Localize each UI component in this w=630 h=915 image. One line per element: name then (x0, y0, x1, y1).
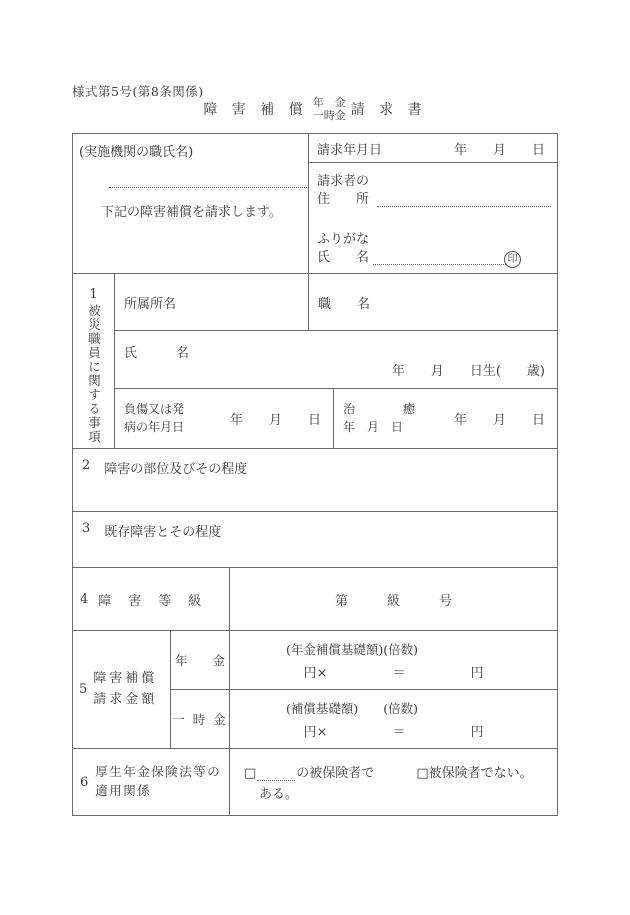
name-fill-line (373, 251, 506, 265)
section3-label: 既存障害とその程度 (104, 521, 221, 567)
address-fill-line (377, 193, 551, 207)
section4-grade-value-cell: 第 級 号 (230, 568, 557, 631)
title-stack-bottom: 一時金 (313, 109, 346, 122)
section6-number: 6 (80, 775, 88, 790)
healing-date-label: 治 癒 年 月 日 (343, 401, 415, 436)
pension-label: 年 金 (175, 651, 225, 669)
agency-cell: (実施機関の職氏名) 下記の障害補償を請求します。 (73, 134, 309, 274)
section2-disability-part-cell: 2 障害の部位及びその程度 (73, 449, 557, 512)
insured-option-text: の被保険者で (296, 762, 374, 781)
section2-label: 障害の部位及びその程度 (104, 458, 247, 511)
injury-date-fields: 年 月 日 (230, 409, 321, 428)
pension-base-label: (年金補償基礎額)(倍数) (230, 640, 557, 658)
lumpsum-formula: 円× ＝ 円 (230, 721, 557, 740)
employee-name-cell: 氏 名 年 月 日生( 歳) (115, 331, 557, 389)
job-title-label: 職 名 (318, 293, 370, 312)
section3-existing-disability-cell: 3 既存障害とその程度 (73, 512, 557, 568)
office-name-label: 所属所名 (124, 293, 176, 312)
agency-signature-line (109, 174, 307, 188)
lumpsum-label: 一 時 金 (172, 710, 227, 728)
address-row: 住 所 (317, 188, 551, 207)
insured-option-text2: ある。 (259, 783, 374, 802)
lumpsum-base-label: (補償基礎額) (倍数) (230, 699, 557, 717)
title-prefix: 障 害 補 償 (203, 99, 307, 119)
section6-pension-law-label-cell: 6 厚生年金保険法等の 適用関係 (73, 749, 230, 815)
section3-number: 3 (82, 521, 90, 567)
section1-vertical-label: 被災職員に関する事項 (85, 304, 103, 444)
injury-date-label: 負傷又は発 病の年月日 (124, 401, 184, 436)
claim-form-table: (実施機関の職氏名) 下記の障害補償を請求します。 請求年月日 年 月 日 請求… (72, 133, 558, 816)
section1-number: 1 (89, 287, 97, 302)
agency-label: (実施機関の職氏名) (79, 141, 193, 160)
form-title: 障 害 補 償 年 金 一時金 請 求 書 (0, 96, 630, 122)
section6-label: 厚生年金保険法等の 適用関係 (95, 763, 221, 801)
insured-fill-line (257, 768, 295, 781)
seal-mark-icon: 印 (504, 251, 521, 268)
name-label: 氏 名 (317, 246, 369, 265)
form-page: { "page": { "form_number": "様式第5号(第8条関係)… (0, 0, 630, 915)
lumpsum-amount-cell: (補償基礎額) (倍数) 円× ＝ 円 (230, 690, 557, 749)
section5-amount-label-cell: 5 障害補償 請求金額 (73, 631, 171, 749)
healing-date-fields: 年 月 日 (454, 409, 545, 428)
insured-option: □ の被保険者で ある。 (244, 762, 374, 802)
title-pension-lumpsum-stack: 年 金 一時金 (313, 96, 346, 122)
furigana-label: ふりがな (317, 228, 369, 247)
grade-value-fields: 第 級 号 (335, 590, 452, 609)
claim-date-label: 請求年月日 (317, 139, 382, 158)
section5-number: 5 (79, 682, 87, 697)
section1-label-cell: 1 被災職員に関する事項 (73, 274, 115, 449)
title-suffix: 請 求 書 (351, 99, 427, 119)
section2-number: 2 (82, 458, 90, 511)
not-insured-option: □被保険者でない。 (416, 762, 532, 781)
employee-name-label: 氏 名 (124, 342, 189, 361)
title-stack-top: 年 金 (313, 96, 346, 109)
job-title-cell: 職 名 (309, 274, 557, 331)
claimant-cell: 請求者の 住 所 ふりがな 氏 名 印 (309, 163, 557, 274)
claim-date-fields: 年 月 日 (454, 139, 545, 158)
claimant-label: 請求者の (317, 170, 369, 189)
pension-amount-cell: (年金補償基礎額)(倍数) 円× ＝ 円 (230, 631, 557, 690)
office-name-cell: 所属所名 (115, 274, 309, 331)
birthdate-fields: 年 月 日生( 歳) (392, 360, 545, 379)
section4-label: 障 害 等 級 (98, 590, 203, 609)
injury-date-cell: 負傷又は発 病の年月日 年 月 日 (115, 389, 334, 449)
pension-formula: 円× ＝ 円 (230, 662, 557, 681)
insured-checkbox: □ (244, 766, 256, 781)
address-label: 住 所 (317, 188, 369, 207)
declaration-text: 下記の障害補償を請求します。 (101, 201, 282, 220)
section4-number: 4 (80, 592, 88, 607)
section5-label: 障害補償 請求金額 (93, 669, 157, 711)
section6-options-cell: □ の被保険者で ある。 □被保険者でない。 (230, 749, 557, 815)
section4-grade-label-cell: 4 障 害 等 級 (73, 568, 230, 631)
pension-label-cell: 年 金 (171, 631, 230, 690)
lumpsum-label-cell: 一 時 金 (171, 690, 230, 749)
claim-date-cell: 請求年月日 年 月 日 (309, 134, 557, 163)
healing-date-cell: 治 癒 年 月 日 年 月 日 (334, 389, 557, 449)
name-row: 氏 名 印 (317, 246, 521, 265)
